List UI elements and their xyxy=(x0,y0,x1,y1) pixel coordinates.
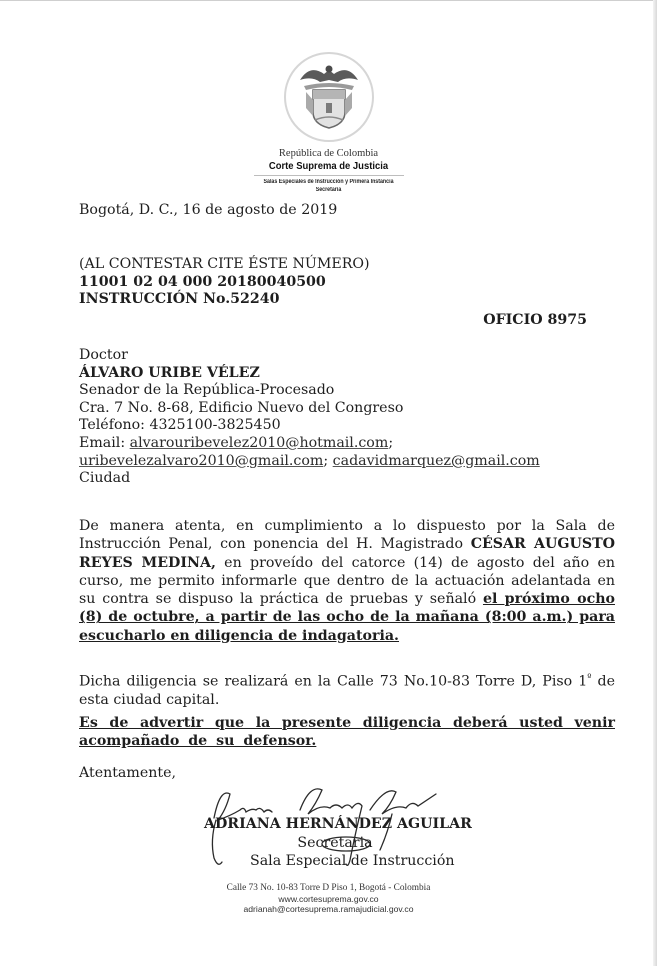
letterhead-court-name: Corte Suprema de Justicia xyxy=(33,160,624,172)
recipient-phone: Teléfono: 4325100-3825450 xyxy=(79,417,540,435)
footer-website[interactable]: www.cortesuprema.gov.co xyxy=(0,894,657,905)
case-number: 11001 02 04 000 20180040500 xyxy=(79,274,370,292)
oficio-number: OFICIO 8975 xyxy=(483,312,587,330)
letter-date: Bogotá, D. C., 16 de agosto de 2019 xyxy=(79,202,337,220)
recipient-salutation: Doctor xyxy=(79,347,540,365)
recipient-block: Doctor ÁLVARO URIBE VÉLEZ Senador de la … xyxy=(79,347,540,488)
reference-block: (AL CONTESTAR CITE ÉSTE NÚMERO) 11001 02… xyxy=(79,256,370,309)
letterhead-divider xyxy=(254,175,404,176)
recipient-email-line-2: uribevelezalvaro2010@gmail.com; cadavidm… xyxy=(79,453,540,471)
letterhead: República de Colombia Corte Suprema de J… xyxy=(0,52,657,194)
recipient-address: Cra. 7 No. 8-68, Edificio Nuevo del Cong… xyxy=(79,400,540,418)
signatory-name: ADRIANA HERNÁNDEZ AGUILAR xyxy=(204,816,472,832)
footer-address: Calle 73 No. 10-83 Torre D Piso 1, Bogot… xyxy=(0,883,657,894)
signatory-department: Sala Especial de Instrucción xyxy=(250,853,455,869)
email-link-hotmail[interactable]: alvarouribevelez2010@hotmail.com xyxy=(130,435,389,451)
footer-email[interactable]: adrianah@cortesuprema.ramajudicial.gov.c… xyxy=(0,904,657,915)
email-label: Email: xyxy=(79,435,125,451)
colombia-coat-of-arms-icon xyxy=(284,52,374,142)
p2-text: Dicha diligencia se realizará en la Call… xyxy=(79,674,587,690)
closing: Atentamente, xyxy=(79,765,176,781)
cite-notice: (AL CONTESTAR CITE ÉSTE NÚMERO) xyxy=(79,256,370,274)
email-link-gmail-2[interactable]: cadavidmarquez@gmail.com xyxy=(333,453,540,469)
recipient-city: Ciudad xyxy=(79,470,540,488)
recipient-email-line-1: Email: alvarouribevelez2010@hotmail.com; xyxy=(79,435,540,453)
recipient-position: Senador de la República-Procesado xyxy=(79,382,540,400)
recipient-name: ÁLVARO URIBE VÉLEZ xyxy=(79,365,540,383)
page-top-edge xyxy=(0,0,657,1)
letter-footer: Calle 73 No. 10-83 Torre D Piso 1, Bogot… xyxy=(0,883,657,915)
body-paragraph-1: De manera atenta, en cumplimiento a lo d… xyxy=(79,517,615,645)
letterhead-secretaria: Secretaría xyxy=(39,186,617,194)
letterhead-republica: República de Colombia xyxy=(0,148,657,159)
letterhead-salas: Salas Especiales de Instrucción y Primer… xyxy=(39,178,617,186)
instruccion-number: INSTRUCCIÓN No.52240 xyxy=(79,291,370,309)
defender-notice: Es de advertir que la presente diligenci… xyxy=(79,714,615,751)
signatory-role: Secretaria xyxy=(190,835,480,851)
body-paragraph-2: Dicha diligencia se realizará en la Call… xyxy=(79,669,615,709)
signature-block: ADRIANA HERNÁNDEZ AGUILAR Secretaria Sal… xyxy=(190,780,480,870)
email-link-gmail-1[interactable]: uribevelezalvaro2010@gmail.com xyxy=(79,453,323,469)
